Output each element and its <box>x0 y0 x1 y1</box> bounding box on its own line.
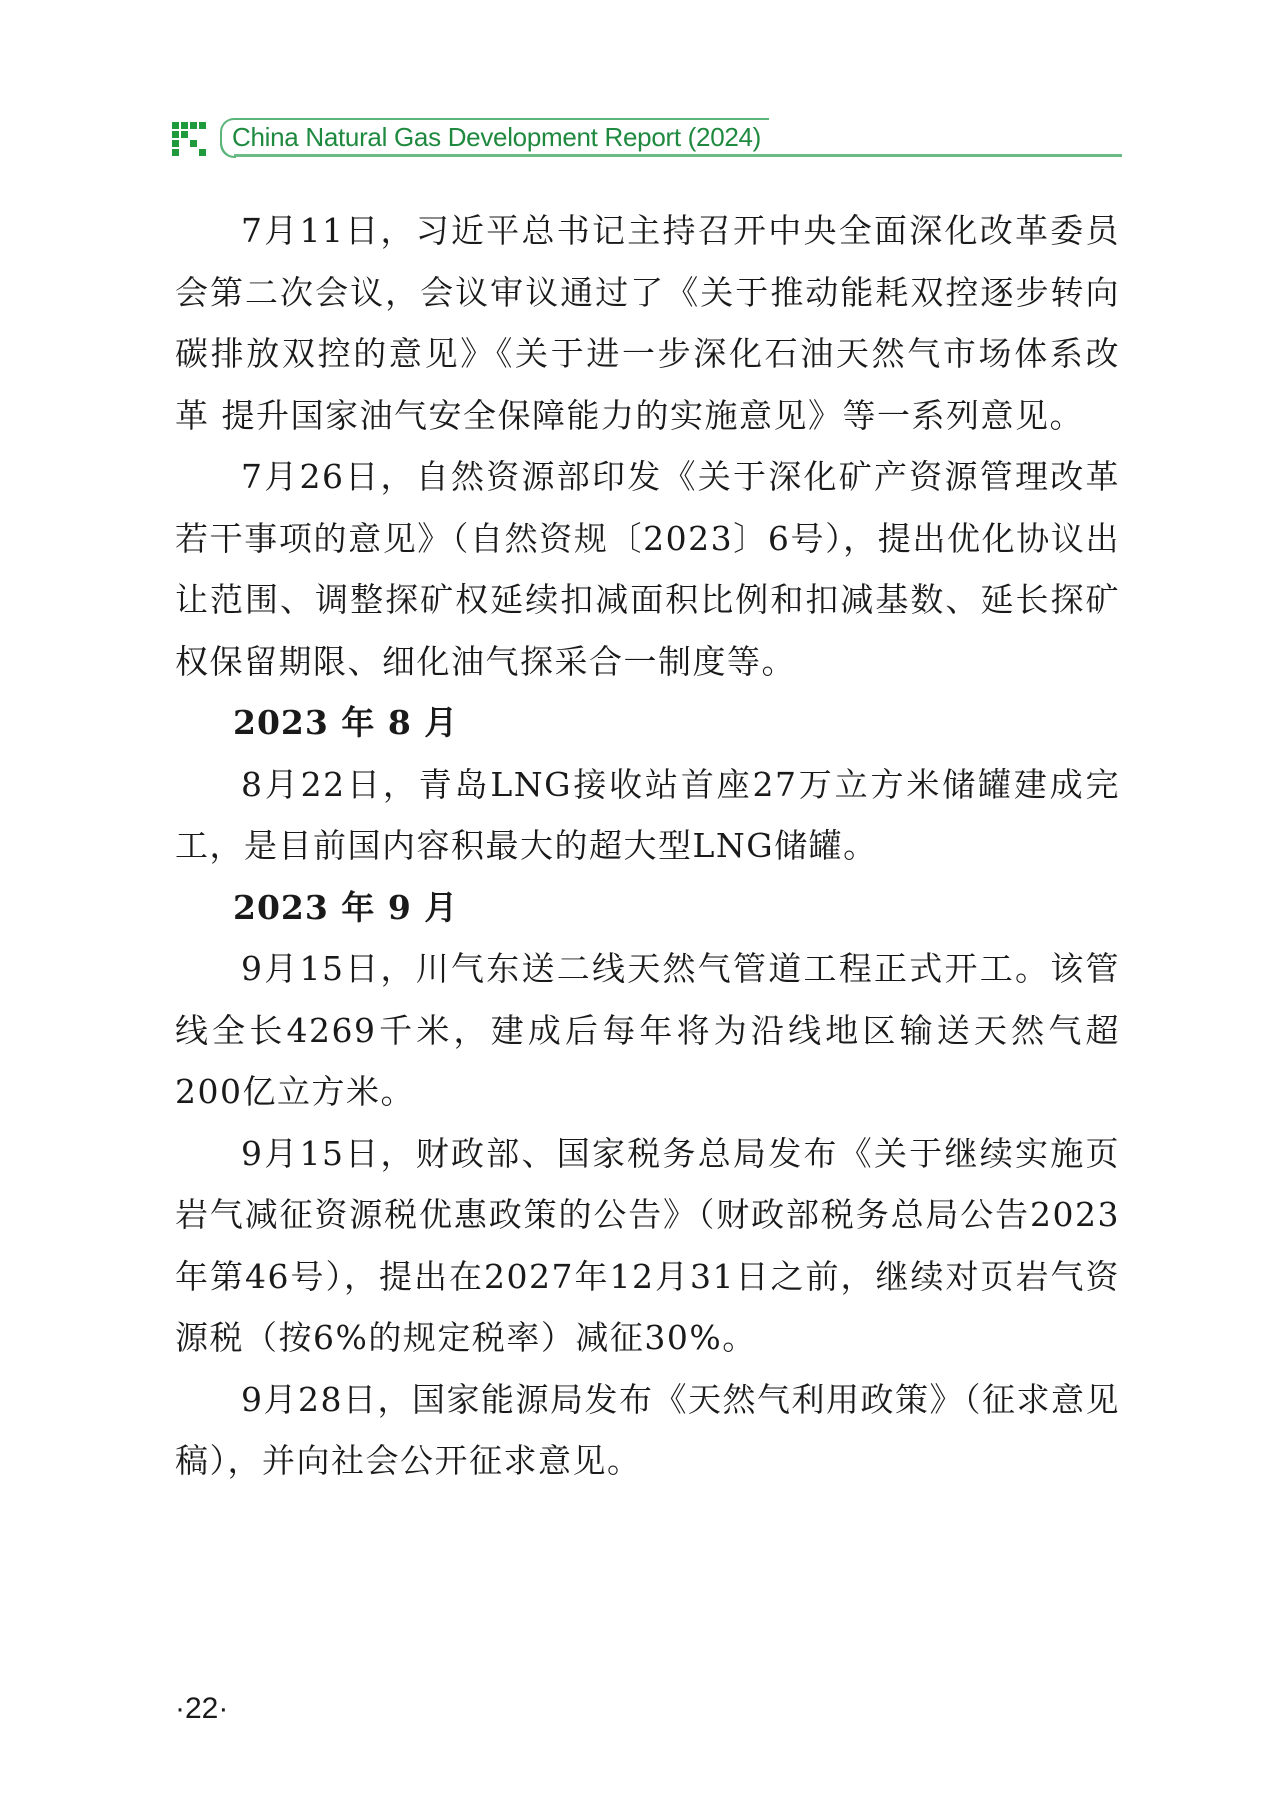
header-rule <box>234 154 1122 157</box>
paragraph-sep-28: 9月28日，国家能源局发布《天然气利用政策》（征求意见稿），并向社会公开征求意见… <box>175 1369 1120 1492</box>
section-heading-sep-2023: 2023 年 9 月 <box>175 877 1120 939</box>
report-title: China Natural Gas Development Report (20… <box>232 122 761 152</box>
report-logo-icon <box>172 122 208 158</box>
paragraph-jul-11: 7月11日，习近平总书记主持召开中央全面深化改革委员会第二次会议，会议审议通过了… <box>175 200 1120 446</box>
section-heading-aug-2023: 2023 年 8 月 <box>175 692 1120 754</box>
paragraph-aug-22: 8月22日，青岛LNG接收站首座27万立方米储罐建成完工，是目前国内容积最大的超… <box>175 754 1120 877</box>
paragraph-sep-15-tax: 9月15日，财政部、国家税务总局发布《关于继续实施页岩气减征资源税优惠政策的公告… <box>175 1123 1120 1369</box>
page-body: 7月11日，习近平总书记主持召开中央全面深化改革委员会第二次会议，会议审议通过了… <box>175 200 1120 1492</box>
header-title-frame: China Natural Gas Development Report (20… <box>220 118 769 156</box>
running-header: China Natural Gas Development Report (20… <box>172 118 1122 160</box>
paragraph-jul-26: 7月26日，自然资源部印发《关于深化矿产资源管理改革若干事项的意见》（自然资规〔… <box>175 446 1120 692</box>
paragraph-sep-15-pipeline: 9月15日，川气东送二线天然气管道工程正式开工。该管线全长4269千米，建成后每… <box>175 938 1120 1123</box>
page-number: ·22· <box>175 1692 228 1726</box>
